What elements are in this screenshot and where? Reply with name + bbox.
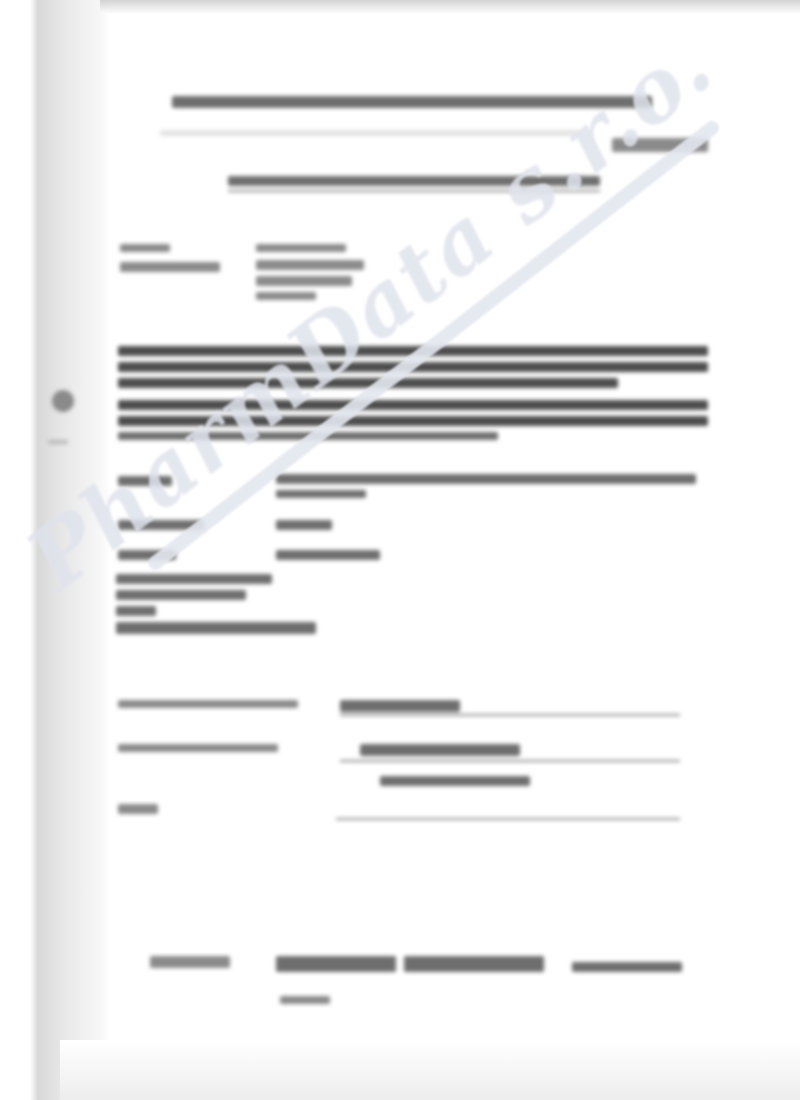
block-line-4	[116, 622, 316, 634]
footer-small	[280, 996, 330, 1004]
signature-line-2	[340, 760, 680, 762]
field-value-2	[276, 520, 332, 530]
block-line-1	[116, 574, 272, 584]
signature-label-3	[118, 804, 158, 814]
signature-value-2a	[360, 744, 520, 756]
signature-line-1	[340, 714, 680, 716]
field-value-1a	[276, 474, 696, 484]
address-label-1	[120, 244, 170, 252]
address-line-1	[256, 244, 346, 252]
margin-mark-small	[48, 440, 68, 444]
signature-value-2b	[380, 776, 530, 786]
signature-line-3	[336, 818, 680, 820]
address-label-2	[120, 262, 220, 272]
signature-label-2	[118, 744, 278, 752]
footer-right	[572, 962, 682, 972]
footer-left	[150, 956, 230, 968]
margin-punch-mark	[52, 390, 74, 412]
block-line-2	[116, 590, 246, 600]
field-value-3	[276, 550, 380, 560]
field-value-1b	[276, 490, 366, 498]
block-line-3	[116, 606, 156, 616]
signature-label-1	[118, 700, 298, 708]
signature-value-1	[340, 700, 460, 712]
footer-middle-1	[276, 956, 396, 972]
footer-middle-2	[404, 956, 544, 972]
